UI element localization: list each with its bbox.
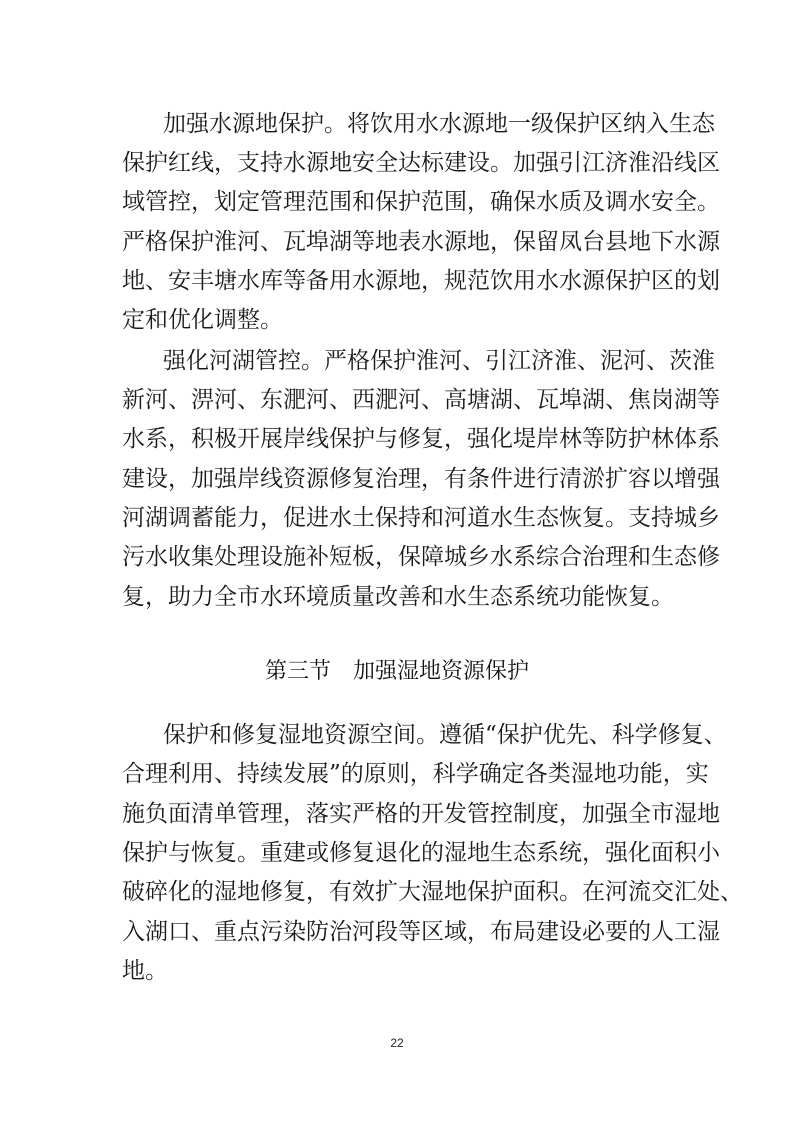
paragraph-line: 河湖调蓄能力，促进水土保持和河道水生态恢复。支持城乡 <box>122 503 674 533</box>
paragraph-line: 复，助力全市水环境质量改善和水生态系统功能恢复。 <box>122 582 674 612</box>
paragraph-line: 建设，加强岸线资源修复治理，有条件进行清淤扩容以增强 <box>122 464 674 494</box>
paragraph-line: 保护红线，支持水源地安全达标建设。加强引江济淮沿线区 <box>122 148 674 178</box>
section-heading: 第三节 加强湿地资源保护 <box>0 657 794 687</box>
document-page: 加强水源地保护。将饮用水水源地一级保护区纳入生态 保护红线，支持水源地安全达标建… <box>0 0 794 1122</box>
paragraph-line: 水系，积极开展岸线保护与修复，强化堤岸林等防护林体系 <box>122 424 674 454</box>
paragraph-line: 严格保护淮河、瓦埠湖等地表水源地，保留凤台县地下水源 <box>122 227 674 257</box>
paragraph-line: 域管控，划定管理范围和保护范围，确保水质及调水安全。 <box>122 187 674 217</box>
paragraph-line: 破碎化的湿地修复，有效扩大湿地保护面积。在河流交汇处、 <box>122 877 674 907</box>
paragraph-line: 地。 <box>122 956 674 986</box>
paragraph-line: 污水收集处理设施补短板，保障城乡水系综合治理和生态修 <box>122 542 674 572</box>
paragraph-line: 地、安丰塘水库等备用水源地，规范饮用水水源保护区的划 <box>122 266 674 296</box>
page-number: 22 <box>0 1036 794 1050</box>
paragraph-line: 保护与恢复。重建或修复退化的湿地生态系统，强化面积小 <box>122 838 674 868</box>
paragraph-line: 加强水源地保护。将饮用水水源地一级保护区纳入生态 <box>163 109 674 139</box>
paragraph-line: 合理利用、持续发展”的原则，科学确定各类湿地功能，实 <box>122 759 674 789</box>
paragraph-line: 新河、淠河、东淝河、西淝河、高塘湖、瓦埠湖、焦岗湖等 <box>122 385 674 415</box>
paragraph-line: 保护和修复湿地资源空间。遵循“保护优先、科学修复、 <box>163 720 674 750</box>
paragraph-line: 强化河湖管控。严格保护淮河、引江济淮、泥河、茨淮 <box>163 346 674 376</box>
paragraph-line: 定和优化调整。 <box>122 305 674 335</box>
paragraph-line: 施负面清单管理，落实严格的开发管控制度，加强全市湿地 <box>122 799 674 829</box>
paragraph-line: 入湖口、重点污染防治河段等区域，布局建设必要的人工湿 <box>122 917 674 947</box>
